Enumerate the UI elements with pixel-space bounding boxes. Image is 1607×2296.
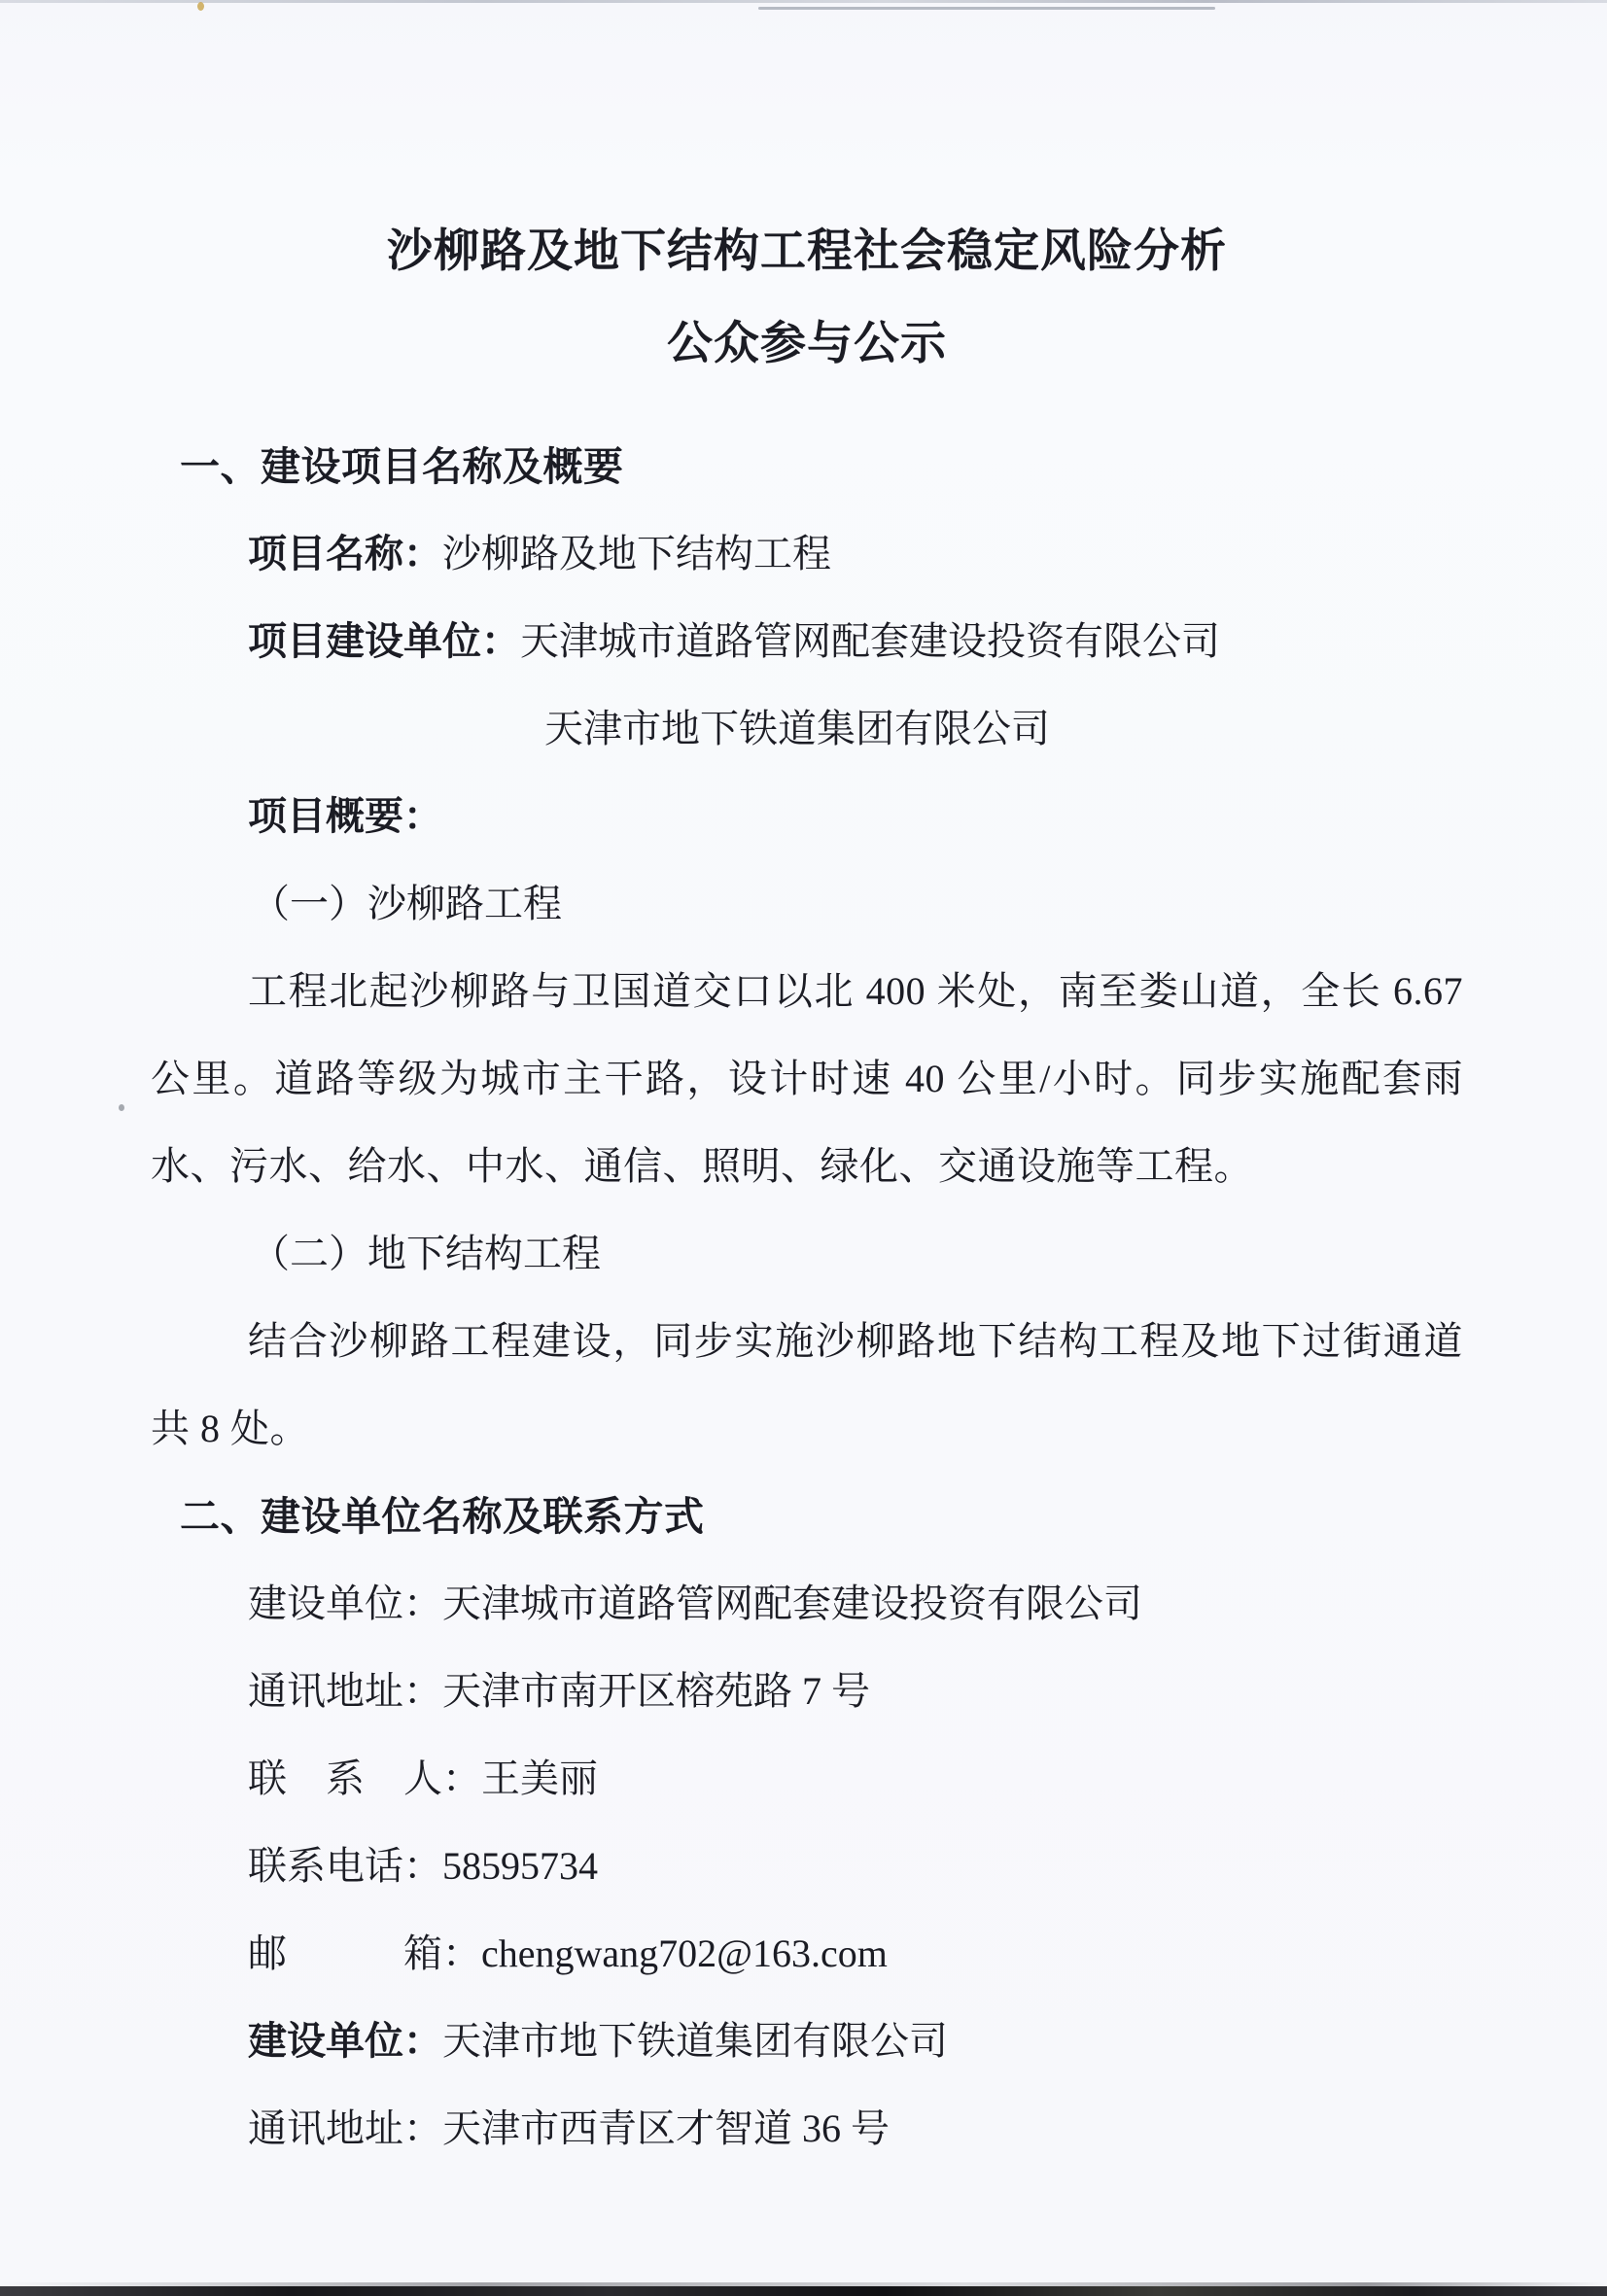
project-overview-label-row: 项目概要：	[248, 773, 1463, 860]
contact-label: 邮 箱：	[248, 1931, 481, 1975]
subsection-1-paragraph: 工程北起沙柳路与卫国道交口以北 400 米处，南至娄山道，全长 6.67 公里。…	[151, 948, 1463, 1210]
section-1-heading: 一、建设项目名称及概要	[180, 423, 1463, 510]
scan-top-edge-dark-artifact	[758, 7, 1215, 10]
contact-row-builder-1: 建设单位：天津城市道路管网配套建设投资有限公司	[248, 1560, 1463, 1648]
contact-value: 天津市地下铁道集团有限公司	[442, 2019, 948, 2063]
project-builder-label: 项目建设单位：	[248, 619, 520, 663]
contact-label: 建设单位：	[248, 2019, 442, 2063]
document-title-line2: 公众参与公示	[151, 298, 1463, 391]
contact-value: 天津市南开区榕苑路 7 号	[442, 1669, 870, 1713]
scan-speck-artifact	[119, 1104, 124, 1111]
contact-value: 王美丽	[481, 1757, 598, 1800]
contact-row-builder-2: 建设单位：天津市地下铁道集团有限公司	[248, 1998, 1463, 2085]
project-builder-value: 天津城市道路管网配套建设投资有限公司	[520, 619, 1220, 663]
project-name-value: 沙柳路及地下结构工程	[442, 532, 831, 575]
contact-row-person: 联 系 人：王美丽	[248, 1735, 1463, 1823]
project-overview-label: 项目概要：	[248, 794, 442, 838]
contact-value: chengwang702@163.com	[481, 1931, 888, 1975]
contact-row-address-1: 通讯地址：天津市南开区榕苑路 7 号	[248, 1648, 1463, 1735]
document-content: 沙柳路及地下结构工程社会稳定风险分析 公众参与公示 一、建设项目名称及概要 项目…	[151, 206, 1463, 2173]
contact-row-phone: 联系电话：58595734	[248, 1823, 1463, 1910]
contact-label: 联系电话：	[248, 1844, 442, 1888]
contact-label: 联 系 人：	[248, 1757, 481, 1800]
contact-row-email: 邮 箱：chengwang702@163.com	[248, 1910, 1463, 1998]
project-name-row: 项目名称：沙柳路及地下结构工程	[248, 510, 1463, 598]
contact-value: 天津市西青区才智道 36 号	[442, 2106, 890, 2150]
contact-label: 通讯地址：	[248, 2106, 442, 2150]
subsection-2-heading: （二）地下结构工程	[251, 1210, 1463, 1298]
contact-value: 58595734	[442, 1844, 598, 1888]
document-title-line1: 沙柳路及地下结构工程社会稳定风险分析	[151, 206, 1463, 298]
scan-bottom-edge-artifact	[0, 2286, 1607, 2296]
project-builder-row: 项目建设单位：天津城市道路管网配套建设投资有限公司	[248, 598, 1463, 685]
project-builder-value-line2: 天津市地下铁道集团有限公司	[544, 685, 1463, 773]
contact-row-address-2: 通讯地址：天津市西青区才智道 36 号	[248, 2085, 1463, 2173]
section-2-heading: 二、建设单位名称及联系方式	[180, 1473, 1463, 1560]
contact-label: 通讯地址：	[248, 1669, 442, 1713]
scan-top-edge-artifact	[0, 0, 1607, 3]
subsection-2-paragraph: 结合沙柳路工程建设，同步实施沙柳路地下结构工程及地下过街通道共 8 处。	[151, 1298, 1463, 1473]
scan-speck-artifact	[197, 2, 204, 11]
project-name-label: 项目名称：	[248, 532, 442, 575]
contact-label: 建设单位：	[248, 1582, 442, 1625]
contact-value: 天津城市道路管网配套建设投资有限公司	[442, 1582, 1142, 1625]
scanned-document-page: 沙柳路及地下结构工程社会稳定风险分析 公众参与公示 一、建设项目名称及概要 项目…	[0, 0, 1607, 2296]
subsection-1-heading: （一）沙柳路工程	[251, 860, 1463, 948]
